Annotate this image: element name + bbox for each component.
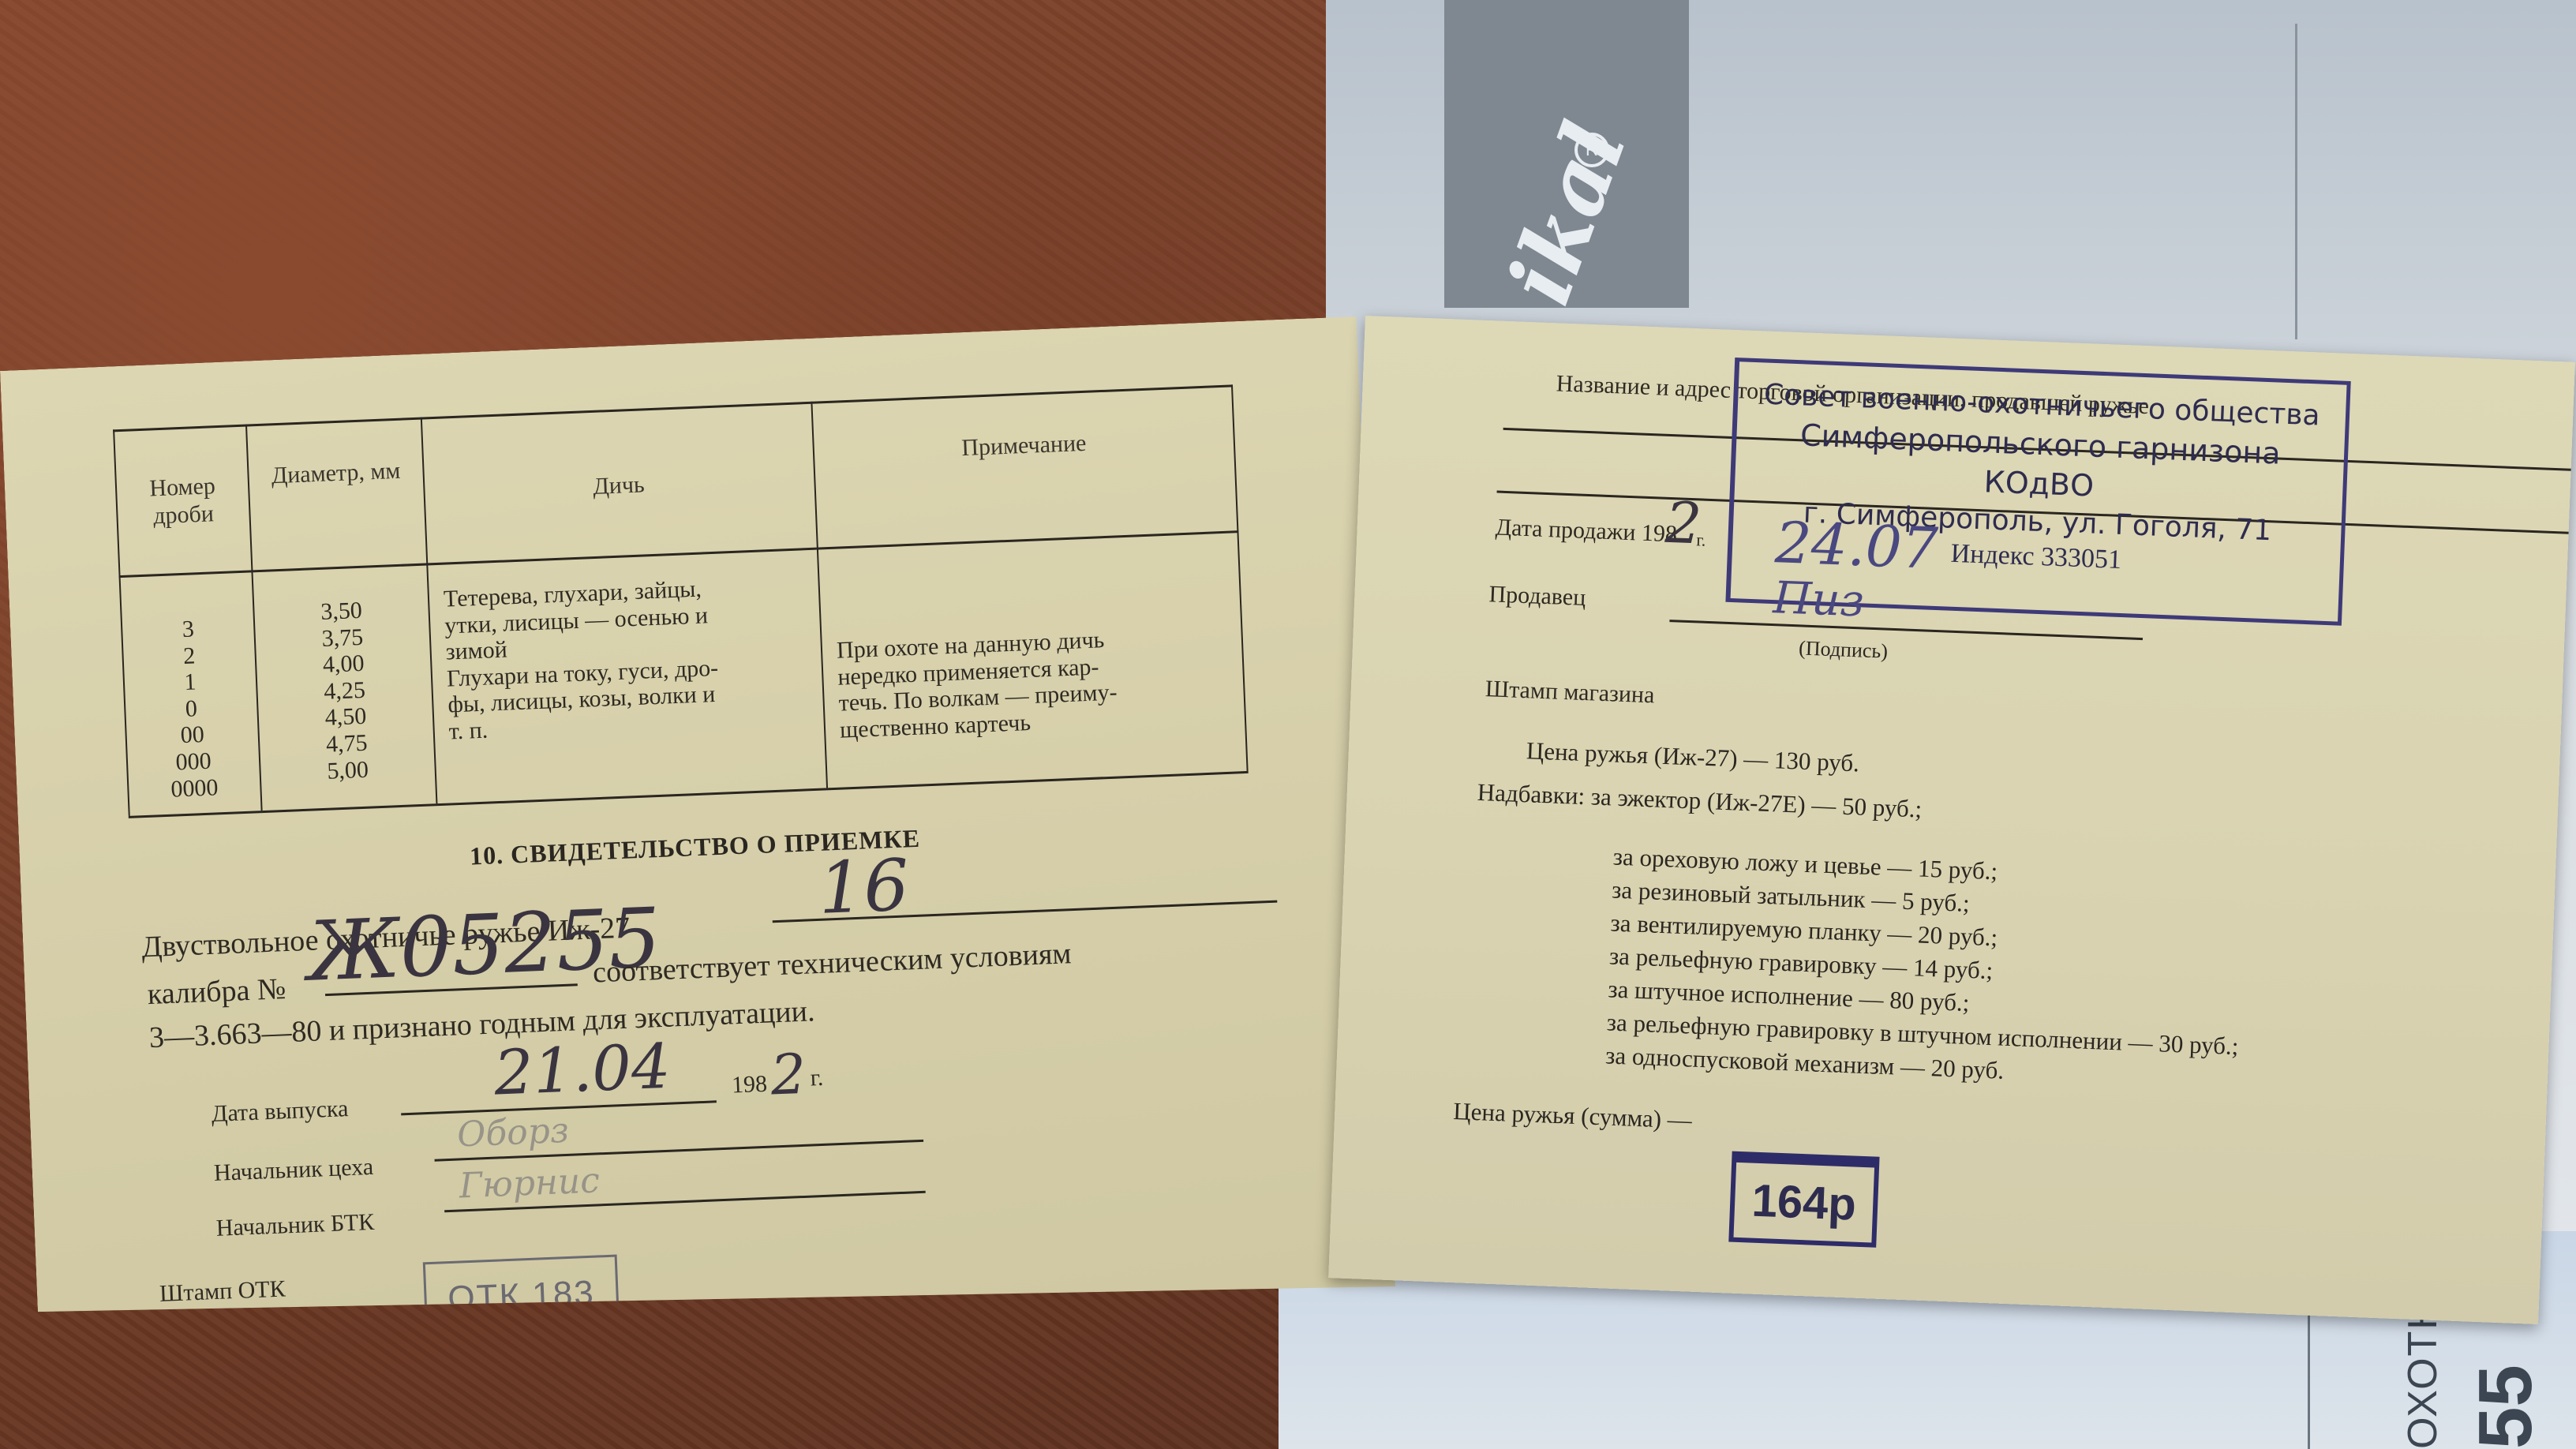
table-cell: 0000 bbox=[131, 773, 258, 804]
total-price-label: Цена ружья (сумма) — bbox=[1453, 1097, 1693, 1135]
shop-stamp-label: Штамп магазина bbox=[1485, 676, 1655, 709]
table-cell: 5,00 bbox=[264, 754, 431, 787]
certificate-line-2-prefix: калибра № bbox=[147, 972, 286, 1012]
surcharges-header: Надбавки: за эжектор (Иж-27Е) — 50 руб.; bbox=[1477, 778, 1923, 824]
header-game: Дичь bbox=[427, 465, 811, 507]
left-page: Номер дроби Диаметр, мм Дичь Примечание … bbox=[0, 316, 1395, 1341]
seller-signature-line bbox=[1669, 620, 2143, 640]
total-price-stamp: 164р bbox=[1728, 1151, 1879, 1248]
shot-table: Номер дроби Диаметр, мм Дичь Примечание … bbox=[113, 384, 1249, 816]
btk-chief-signature: Гюрнис bbox=[459, 1160, 601, 1206]
right-page: Название и адрес торговой организации, п… bbox=[1328, 316, 2575, 1324]
btk-chief-label: Начальник БТК bbox=[215, 1209, 375, 1242]
shop-chief-label: Начальник цеха bbox=[213, 1154, 373, 1187]
diameter-column: 3,50 3,75 4,00 4,25 4,50 4,75 5,00 bbox=[258, 595, 431, 787]
certificate-line-2-suffix: соответствует техническим условиям bbox=[592, 936, 1072, 990]
sale-year-suffix: г. bbox=[1696, 530, 1706, 550]
game-column: Тетерева, глухари, зайцы, утки, лисицы —… bbox=[443, 571, 820, 745]
handwritten-caliber: 16 bbox=[817, 844, 911, 930]
release-year-suffix: г. bbox=[810, 1065, 824, 1092]
table-top-border bbox=[113, 384, 1233, 432]
signature-caption: (Подпись) bbox=[1799, 636, 1889, 663]
handwritten-seller-signature: Пиз bbox=[1772, 572, 1865, 627]
header-diameter: Диаметр, мм bbox=[253, 457, 419, 491]
otk-stamp-label: Штамп ОТК bbox=[159, 1275, 286, 1307]
base-price: Цена ружья (Иж-27) — 130 руб. bbox=[1526, 736, 1859, 777]
header-note: Примечание bbox=[816, 424, 1231, 468]
shot-number-column: 3 2 1 0 00 000 0000 bbox=[125, 614, 258, 804]
handwritten-release-date: 21.04 bbox=[492, 1032, 672, 1110]
handwritten-release-year-digit: 2 bbox=[769, 1042, 807, 1108]
release-year-prefix: 198 bbox=[731, 1071, 767, 1099]
table-header-divider bbox=[119, 530, 1239, 578]
sale-date-label: Дата продажи 198 bbox=[1495, 515, 1677, 549]
package-divider bbox=[2295, 24, 2297, 339]
header-shot-number: Номер дроби bbox=[119, 472, 248, 531]
registered-mark-icon: R bbox=[1574, 133, 1609, 167]
package-vertical-number: 55 bbox=[2462, 1310, 2541, 1449]
release-date-label: Дата выпуска bbox=[211, 1095, 349, 1128]
note-column: При охоте на данную дичь нередко применя… bbox=[836, 621, 1242, 743]
shop-chief-signature: Оборз bbox=[456, 1110, 570, 1155]
seller-label: Продавец bbox=[1488, 581, 1586, 612]
handwritten-sale-date: 24.07 bbox=[1774, 509, 1939, 582]
